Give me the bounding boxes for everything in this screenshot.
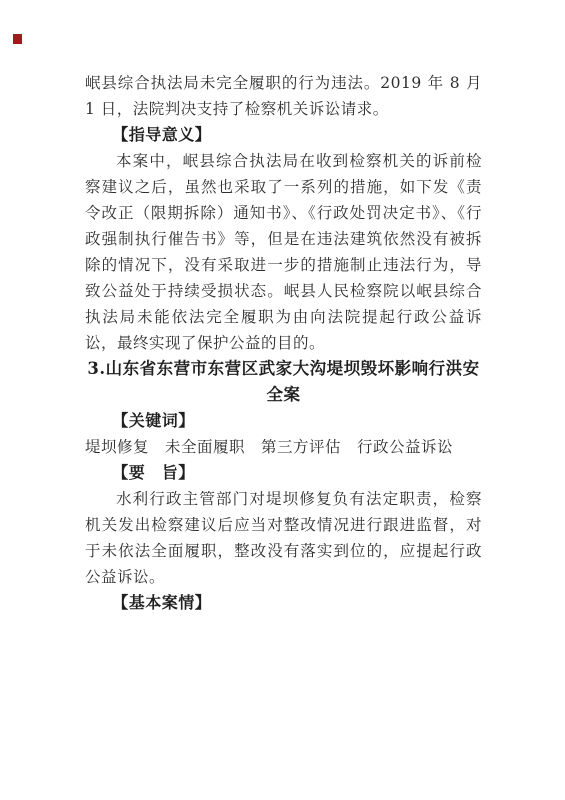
guiding-significance-body: 本案中，岷县综合执法局在收到检察机关的诉前检察建议之后，虽然也采取了一系列的措施… (85, 148, 482, 356)
guiding-significance-header: 【指导意义】 (85, 122, 482, 148)
keywords-list: 堤坝修复 未全面履职 第三方评估 行政公益诉讼 (85, 434, 482, 460)
continuation-paragraph: 岷县综合执法局未完全履职的行为违法。2019 年 8 月 1 日，法院判决支持了… (85, 70, 482, 122)
keywords-header: 【关键词】 (85, 408, 482, 434)
document-content: 岷县综合执法局未完全履职的行为违法。2019 年 8 月 1 日，法院判决支持了… (85, 0, 482, 616)
case3-title: 3.山东省东营市东营区武家大沟堤坝毁坏影响行洪安全案 (85, 356, 482, 408)
gist-header: 【要 旨】 (85, 460, 482, 486)
document-page: 岷县综合执法局未完全履职的行为违法。2019 年 8 月 1 日，法院判决支持了… (0, 0, 565, 800)
gist-body: 水利行政主管部门对堤坝修复负有法定职责，检察机关发出检察建议后应当对整改情况进行… (85, 486, 482, 590)
basic-facts-header: 【基本案情】 (85, 590, 482, 616)
red-cursor-marker (13, 34, 22, 44)
